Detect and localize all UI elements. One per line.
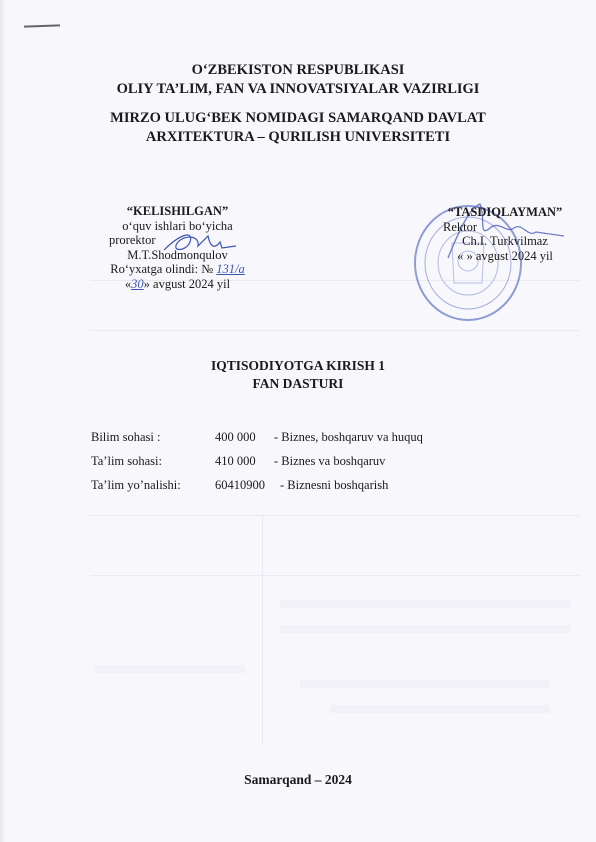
document-page: O‘ZBEKISTON RESPUBLIKASI OLIY TA’LIM, FA… bbox=[0, 0, 596, 842]
program-title: IQTISODIYOTGA KIRISH 1 FAN DASTURI bbox=[0, 357, 596, 393]
show-through-line bbox=[280, 600, 570, 608]
agreed-name: M.T.Shodmonqulov bbox=[95, 248, 260, 263]
approved-name: Ch.I. Turkvilmaz bbox=[425, 234, 585, 249]
show-through-line bbox=[90, 575, 580, 576]
info-code: 60410900 bbox=[215, 478, 265, 493]
approved-block: “TASDIQLAYMAN” Rektor Ch.I. Turkvilmaz «… bbox=[425, 205, 585, 263]
ministry-header: O‘ZBEKISTON RESPUBLIKASI OLIY TA’LIM, FA… bbox=[0, 61, 596, 99]
university-name-line2: ARXITEKTURA – QURILISH UNIVERSITETI bbox=[0, 128, 596, 147]
university-header: MIRZO ULUG‘BEK NOMIDAGI SAMARQAND DAVLAT… bbox=[0, 109, 596, 147]
info-label: Ta’lim sohasi: bbox=[91, 454, 162, 469]
university-name-line1: MIRZO ULUG‘BEK NOMIDAGI SAMARQAND DAVLAT bbox=[0, 109, 596, 128]
agreed-block: “KELISHILGAN” o‘quv ishlari bo‘yicha pro… bbox=[95, 204, 260, 291]
info-label: Ta’lim yo’nalishi: bbox=[91, 478, 181, 493]
place-and-year: Samarqand – 2024 bbox=[0, 772, 596, 788]
info-value: - Biznesni boshqarish bbox=[280, 478, 388, 493]
agreed-role-line1: o‘quv ishlari bo‘yicha bbox=[95, 219, 260, 234]
ministry-name: OLIY TA’LIM, FAN VA INNOVATSIYALAR VAZIR… bbox=[0, 80, 596, 99]
show-through-line bbox=[95, 665, 245, 673]
info-value: - Biznes, boshqaruv va huquq bbox=[274, 430, 423, 445]
show-through-line bbox=[280, 625, 570, 633]
date-day: 30 bbox=[131, 277, 144, 291]
show-through-line bbox=[300, 680, 550, 688]
info-code: 410 000 bbox=[215, 454, 256, 469]
date-rest: » avgust 2024 yil bbox=[144, 277, 230, 291]
info-label: Bilim sohasi : bbox=[91, 430, 160, 445]
country-name: O‘ZBEKISTON RESPUBLIKASI bbox=[0, 61, 596, 80]
show-through-line bbox=[90, 515, 580, 516]
registration-number: 131/a bbox=[216, 262, 244, 276]
show-through-line bbox=[330, 705, 550, 713]
agreed-role-line2: prorektor bbox=[95, 233, 260, 248]
approved-role: Rektor bbox=[425, 220, 585, 235]
info-value: - Biznes va boshqaruv bbox=[274, 454, 385, 469]
approved-date: « » avgust 2024 yil bbox=[425, 249, 585, 264]
registration-line: Ro‘yxatga olindi: № 131/a bbox=[95, 262, 260, 277]
agreed-date: «30» avgust 2024 yil bbox=[95, 277, 260, 292]
course-name: IQTISODIYOTGA KIRISH 1 bbox=[0, 357, 596, 375]
agreed-heading: “KELISHILGAN” bbox=[95, 204, 260, 219]
info-code: 400 000 bbox=[215, 430, 256, 445]
show-through-line bbox=[262, 515, 263, 745]
approved-heading: “TASDIQLAYMAN” bbox=[425, 205, 585, 220]
registration-label: Ro‘yxatga olindi: № bbox=[110, 262, 213, 276]
show-through-line bbox=[90, 330, 580, 331]
scan-mark bbox=[24, 24, 60, 27]
program-subtitle: FAN DASTURI bbox=[0, 375, 596, 393]
